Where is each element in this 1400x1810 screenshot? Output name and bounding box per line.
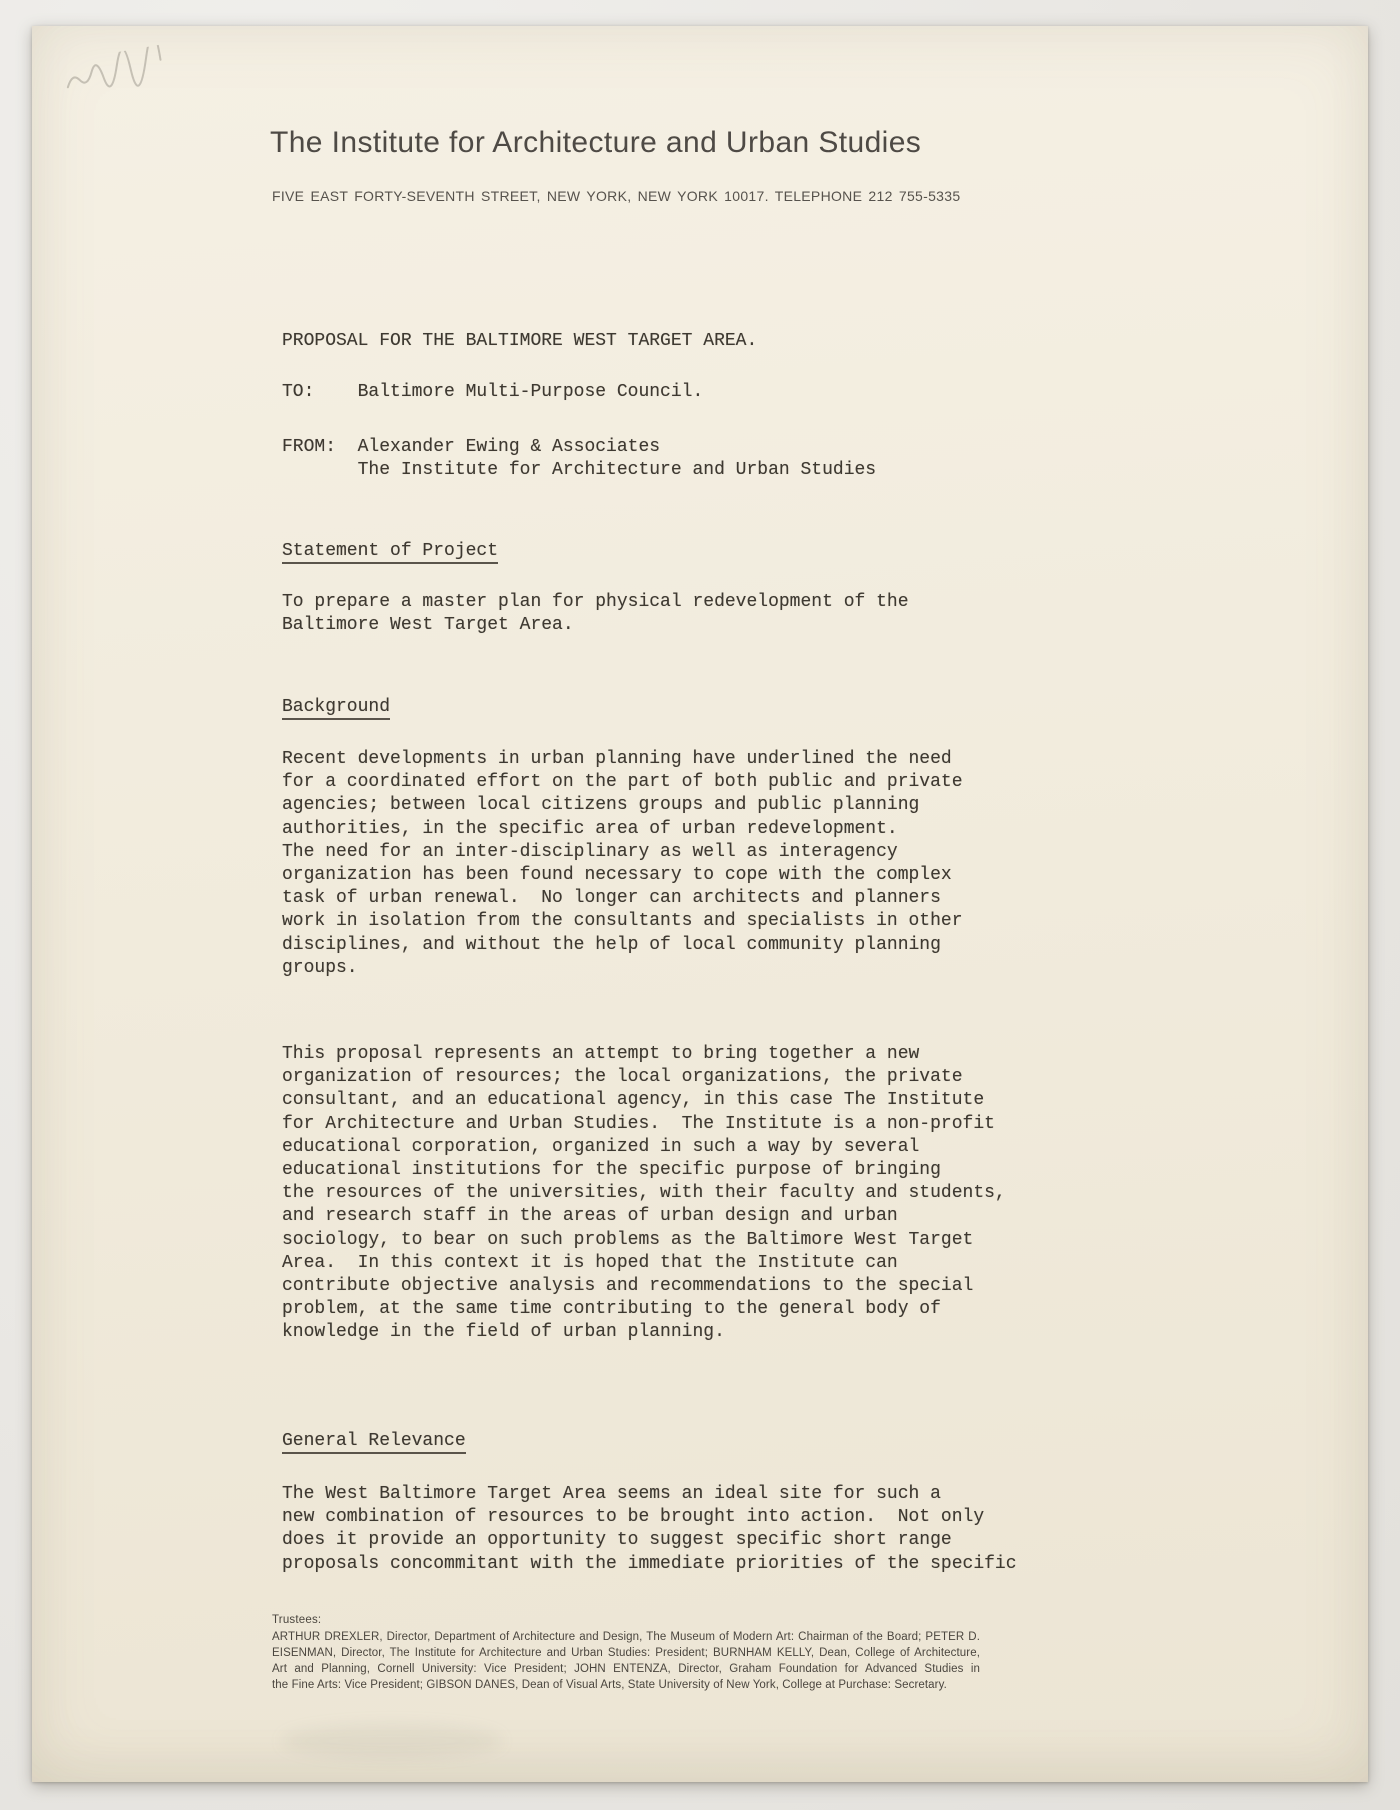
trustees-line: ARTHUR DREXLER, Director, Department of … bbox=[272, 1630, 980, 1646]
background-paragraph-1: Recent developments in urban planning ha… bbox=[282, 748, 963, 980]
memo-to-line: TO: Baltimore Multi-Purpose Council. bbox=[282, 381, 703, 404]
background-paragraph-2: This proposal represents an attempt to b… bbox=[282, 1043, 1006, 1345]
section-heading-background: Background bbox=[282, 696, 390, 719]
section-heading-text: General Relevance bbox=[282, 1431, 466, 1454]
letterhead-address: FIVE EAST FORTY-SEVENTH STREET, NEW YORK… bbox=[272, 188, 960, 204]
trustees-line: EISENMAN, Director, The Institute for Ar… bbox=[272, 1646, 980, 1662]
trustees-line: the Fine Arts: Vice President; GIBSON DA… bbox=[272, 1678, 980, 1694]
section-heading-general-relevance: General Relevance bbox=[282, 1430, 466, 1453]
general-relevance-paragraph: The West Baltimore Target Area seems an … bbox=[282, 1483, 1017, 1576]
scanned-letter-page: The Institute for Architecture and Urban… bbox=[32, 26, 1368, 1782]
pencil-mark bbox=[57, 42, 182, 102]
scan-background: The Institute for Architecture and Urban… bbox=[0, 0, 1400, 1810]
section-heading-statement-of-project: Statement of Project bbox=[282, 540, 498, 563]
section-heading-text: Background bbox=[282, 697, 390, 720]
trustees-line: Art and Planning, Cornell University: Vi… bbox=[272, 1662, 980, 1678]
trustees-block: ARTHUR DREXLER, Director, Department of … bbox=[272, 1630, 980, 1694]
letterhead-title: The Institute for Architecture and Urban… bbox=[270, 126, 921, 160]
memo-subject-line: PROPOSAL FOR THE BALTIMORE WEST TARGET A… bbox=[282, 330, 757, 353]
trustees-label: Trustees: bbox=[272, 1614, 321, 1626]
section-heading-text: Statement of Project bbox=[282, 541, 498, 564]
faint-smudge bbox=[282, 1724, 502, 1758]
memo-from-block: FROM: Alexander Ewing & Associates The I… bbox=[282, 436, 876, 482]
statement-paragraph: To prepare a master plan for physical re… bbox=[282, 591, 909, 637]
